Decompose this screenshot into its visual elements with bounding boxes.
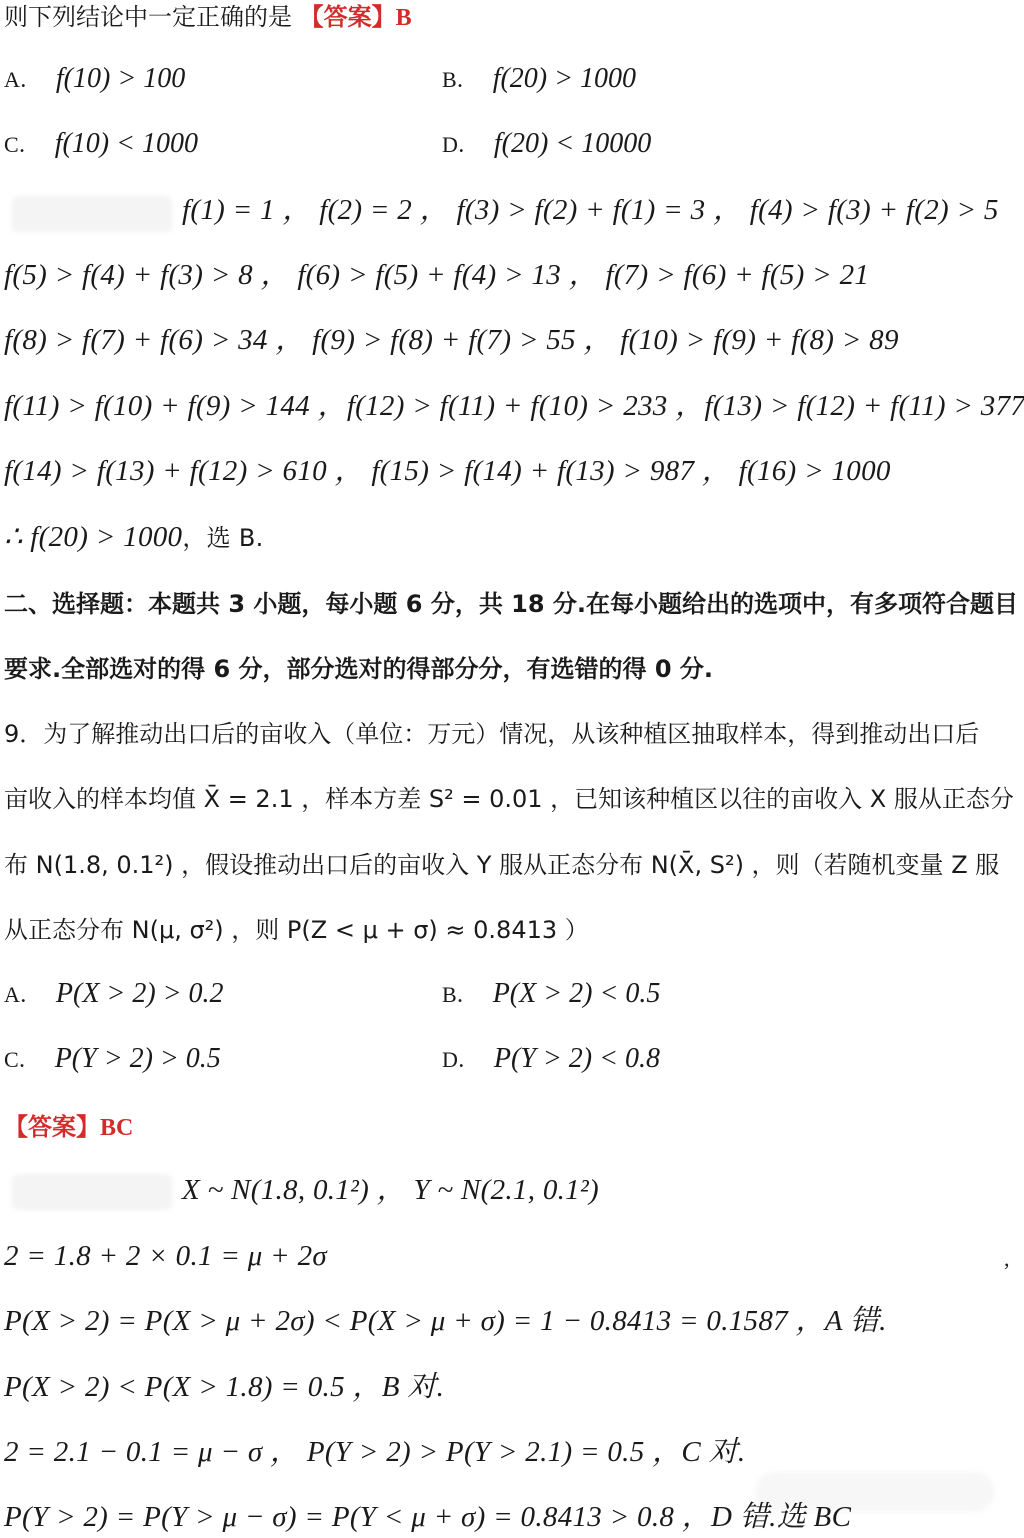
solution-text: f(11) > f(10) + f(9) > 144 ，f(12) > f(11… [4, 390, 1024, 422]
q9-option-d: D．P(Y > 2) < 0.8 [442, 1042, 660, 1077]
solution-text: 2 = 2.1 − 0.1 = μ − σ ， P(Y > 2) > P(Y >… [4, 1436, 745, 1468]
section2-heading-line-1: 二、选择题：本题共 3 小题，每小题 6 分，共 18 分.在每小题给出的选项中… [4, 587, 1018, 621]
option-label: B． [442, 982, 479, 1007]
option-label: D． [442, 1047, 480, 1072]
q8-option-d: D．f(20) < 10000 [442, 127, 651, 162]
option-expr: P(Y > 2) < 0.8 [494, 1043, 660, 1074]
option-expr: P(Y > 2) > 0.5 [55, 1043, 221, 1074]
q8-stem-line: 则下列结论中一定正确的是 【答案】B [4, 0, 412, 35]
solution-text: f(14) > f(13) + f(12) > 610 ， f(15) > f(… [4, 455, 891, 487]
option-label: C． [4, 132, 41, 157]
q9-solution-line-3: P(X > 2) = P(X > μ + 2σ) < P(X > μ + σ) … [4, 1304, 887, 1338]
option-expr: f(20) < 10000 [494, 128, 651, 159]
solution-text: P(X > 2) = P(X > μ + 2σ) < P(X > μ + σ) … [4, 1305, 887, 1337]
q9-option-c: C．P(Y > 2) > 0.5 [4, 1042, 221, 1077]
q9-stem-line-2: 亩收入的样本均值 X̄ = 2.1 ，样本方差 S² = 0.01 ，已知该种植… [4, 782, 1014, 816]
q9-answer-line: 【答案】BC [4, 1110, 133, 1145]
option-label: B． [442, 67, 479, 92]
q8-solution-line-5: f(14) > f(13) + f(12) > 610 ， f(15) > f(… [4, 454, 891, 488]
q8-option-b: B．f(20) > 1000 [442, 62, 636, 97]
q8-solution-line-2: f(5) > f(4) + f(3) > 8 ， f(6) > f(5) + f… [4, 258, 869, 292]
solution-text: 2 = 1.8 + 2 × 0.1 = μ + 2σ [4, 1240, 327, 1272]
q9-answer-tag: 【答案】 [4, 1113, 100, 1141]
q8-option-c: C．f(10) < 1000 [4, 127, 198, 162]
option-expr: P(X > 2) > 0.2 [56, 978, 224, 1009]
q8-solution-line-3: f(8) > f(7) + f(6) > 34 ， f(9) > f(8) + … [4, 323, 899, 357]
q8-conclusion: ∴ f(20) > 1000，选 B. [4, 520, 264, 555]
q9-option-b: B．P(X > 2) < 0.5 [442, 977, 660, 1012]
q8-solution-line-1: f(1) = 1 ， f(2) = 2 ， f(3) > f(2) + f(1)… [182, 193, 999, 227]
q9-solution-line-1: X ~ N(1.8, 0.1²) ， Y ~ N(2.1, 0.1²) [182, 1173, 599, 1207]
q9-solution-line-4: P(X > 2) < P(X > 1.8) = 0.5 ，B 对. [4, 1370, 444, 1404]
solution-text: P(Y > 2) = P(Y > μ − σ) = P(Y < μ + σ) =… [4, 1501, 851, 1533]
q9-stem-line-1: 9．为了解推动出口后的亩收入（单位：万元）情况，从该种植区抽取样本，得到推动出口… [4, 717, 979, 751]
solution-text: X ~ N(1.8, 0.1²) ， Y ~ N(2.1, 0.1²) [182, 1174, 599, 1206]
q9-option-a: A．P(X > 2) > 0.2 [4, 977, 224, 1012]
conclusion-text: ，选 B. [182, 524, 263, 552]
q9-solution-line-6: P(Y > 2) = P(Y > μ − σ) = P(Y < μ + σ) =… [4, 1500, 851, 1534]
q8-answer-tag: 【答案】 [300, 3, 396, 31]
solution-text: P(X > 2) < P(X > 1.8) = 0.5 ，B 对. [4, 1371, 444, 1403]
option-label: D． [442, 132, 480, 157]
q9-answer-value: BC [100, 1115, 133, 1141]
option-label: C． [4, 1047, 41, 1072]
q8-solution-line-4: f(11) > f(10) + f(9) > 144 ，f(12) > f(11… [4, 389, 1024, 423]
q8-answer-value: B [396, 5, 412, 31]
option-expr: P(X > 2) < 0.5 [493, 978, 661, 1009]
q8-stem: 则下列结论中一定正确的是 [4, 3, 292, 31]
section2-heading-line-2: 要求.全部选对的得 6 分，部分选对的得部分分，有选错的得 0 分. [4, 652, 713, 686]
q9-stem-line-4: 从正态分布 N(μ, σ²) ，则 P(Z < μ + σ) ≈ 0.8413 … [4, 913, 589, 947]
conclusion-math: ∴ f(20) > 1000 [4, 521, 182, 553]
option-expr: f(20) > 1000 [493, 63, 636, 94]
option-expr: f(10) > 100 [56, 63, 185, 94]
stray-comma: , [1004, 1246, 1010, 1272]
redacted-blur [12, 196, 172, 232]
option-label: A． [4, 67, 42, 92]
redacted-blur [12, 1174, 172, 1210]
solution-text: f(5) > f(4) + f(3) > 8 ， f(6) > f(5) + f… [4, 259, 869, 291]
q9-solution-line-2: 2 = 1.8 + 2 × 0.1 = μ + 2σ [4, 1239, 327, 1273]
solution-text: f(1) = 1 ， f(2) = 2 ， f(3) > f(2) + f(1)… [182, 194, 999, 226]
q9-stem-line-3: 布 N(1.8, 0.1²) ，假设推动出口后的亩收入 Y 服从正态分布 N(X… [4, 848, 999, 882]
q9-solution-line-5: 2 = 2.1 − 0.1 = μ − σ ， P(Y > 2) > P(Y >… [4, 1435, 745, 1469]
q8-option-a: A．f(10) > 100 [4, 62, 185, 97]
option-label: A． [4, 982, 42, 1007]
option-expr: f(10) < 1000 [55, 128, 198, 159]
solution-text: f(8) > f(7) + f(6) > 34 ， f(9) > f(8) + … [4, 324, 899, 356]
